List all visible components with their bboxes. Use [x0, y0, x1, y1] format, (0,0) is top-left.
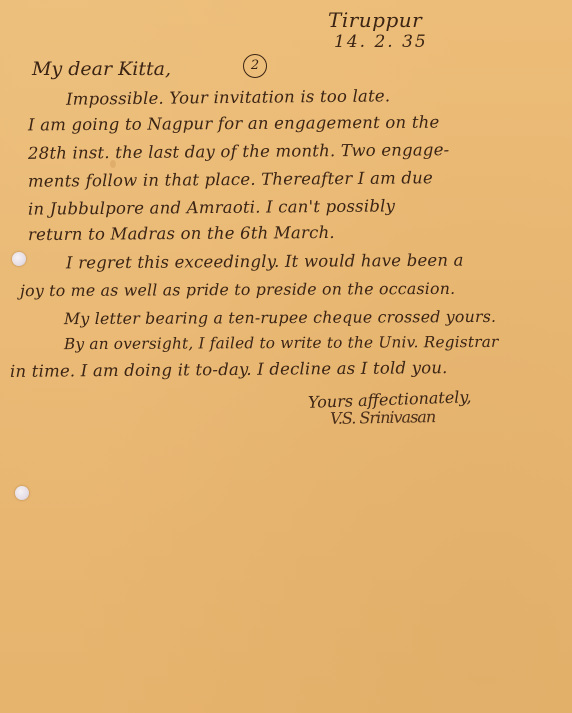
letter-date: 14. 2. 35 [334, 32, 428, 52]
body-line: By an oversight, I failed to write to th… [64, 333, 499, 353]
body-line: 28th inst. the last day of the month. Tw… [28, 140, 450, 163]
body-line: I regret this exceedingly. It would have… [66, 251, 464, 273]
signature: V.S. Srinivasan [330, 407, 436, 428]
body-line: Impossible. Your invitation is too late. [66, 86, 390, 108]
letter-page: Tiruppur 14. 2. 35 My dear Kitta, 2 Impo… [0, 0, 572, 713]
body-line: My letter bearing a ten-rupee cheque cro… [64, 307, 496, 328]
circled-page-number: 2 [243, 54, 267, 78]
body-line: ments follow in that place. Thereafter I… [28, 168, 433, 191]
punch-hole-top [12, 252, 26, 266]
salutation: My dear Kitta, [32, 58, 171, 80]
punch-hole-bottom [15, 486, 29, 500]
body-line: return to Madras on the 6th March. [28, 223, 335, 244]
body-line: in Jubbulpore and Amraoti. I can't possi… [28, 196, 395, 218]
body-line: in time. I am doing it to-day. I decline… [10, 358, 448, 381]
body-line: I am going to Nagpur for an engagement o… [28, 113, 440, 135]
letter-place: Tiruppur [328, 8, 422, 32]
body-line: joy to me as well as pride to preside on… [20, 279, 455, 300]
